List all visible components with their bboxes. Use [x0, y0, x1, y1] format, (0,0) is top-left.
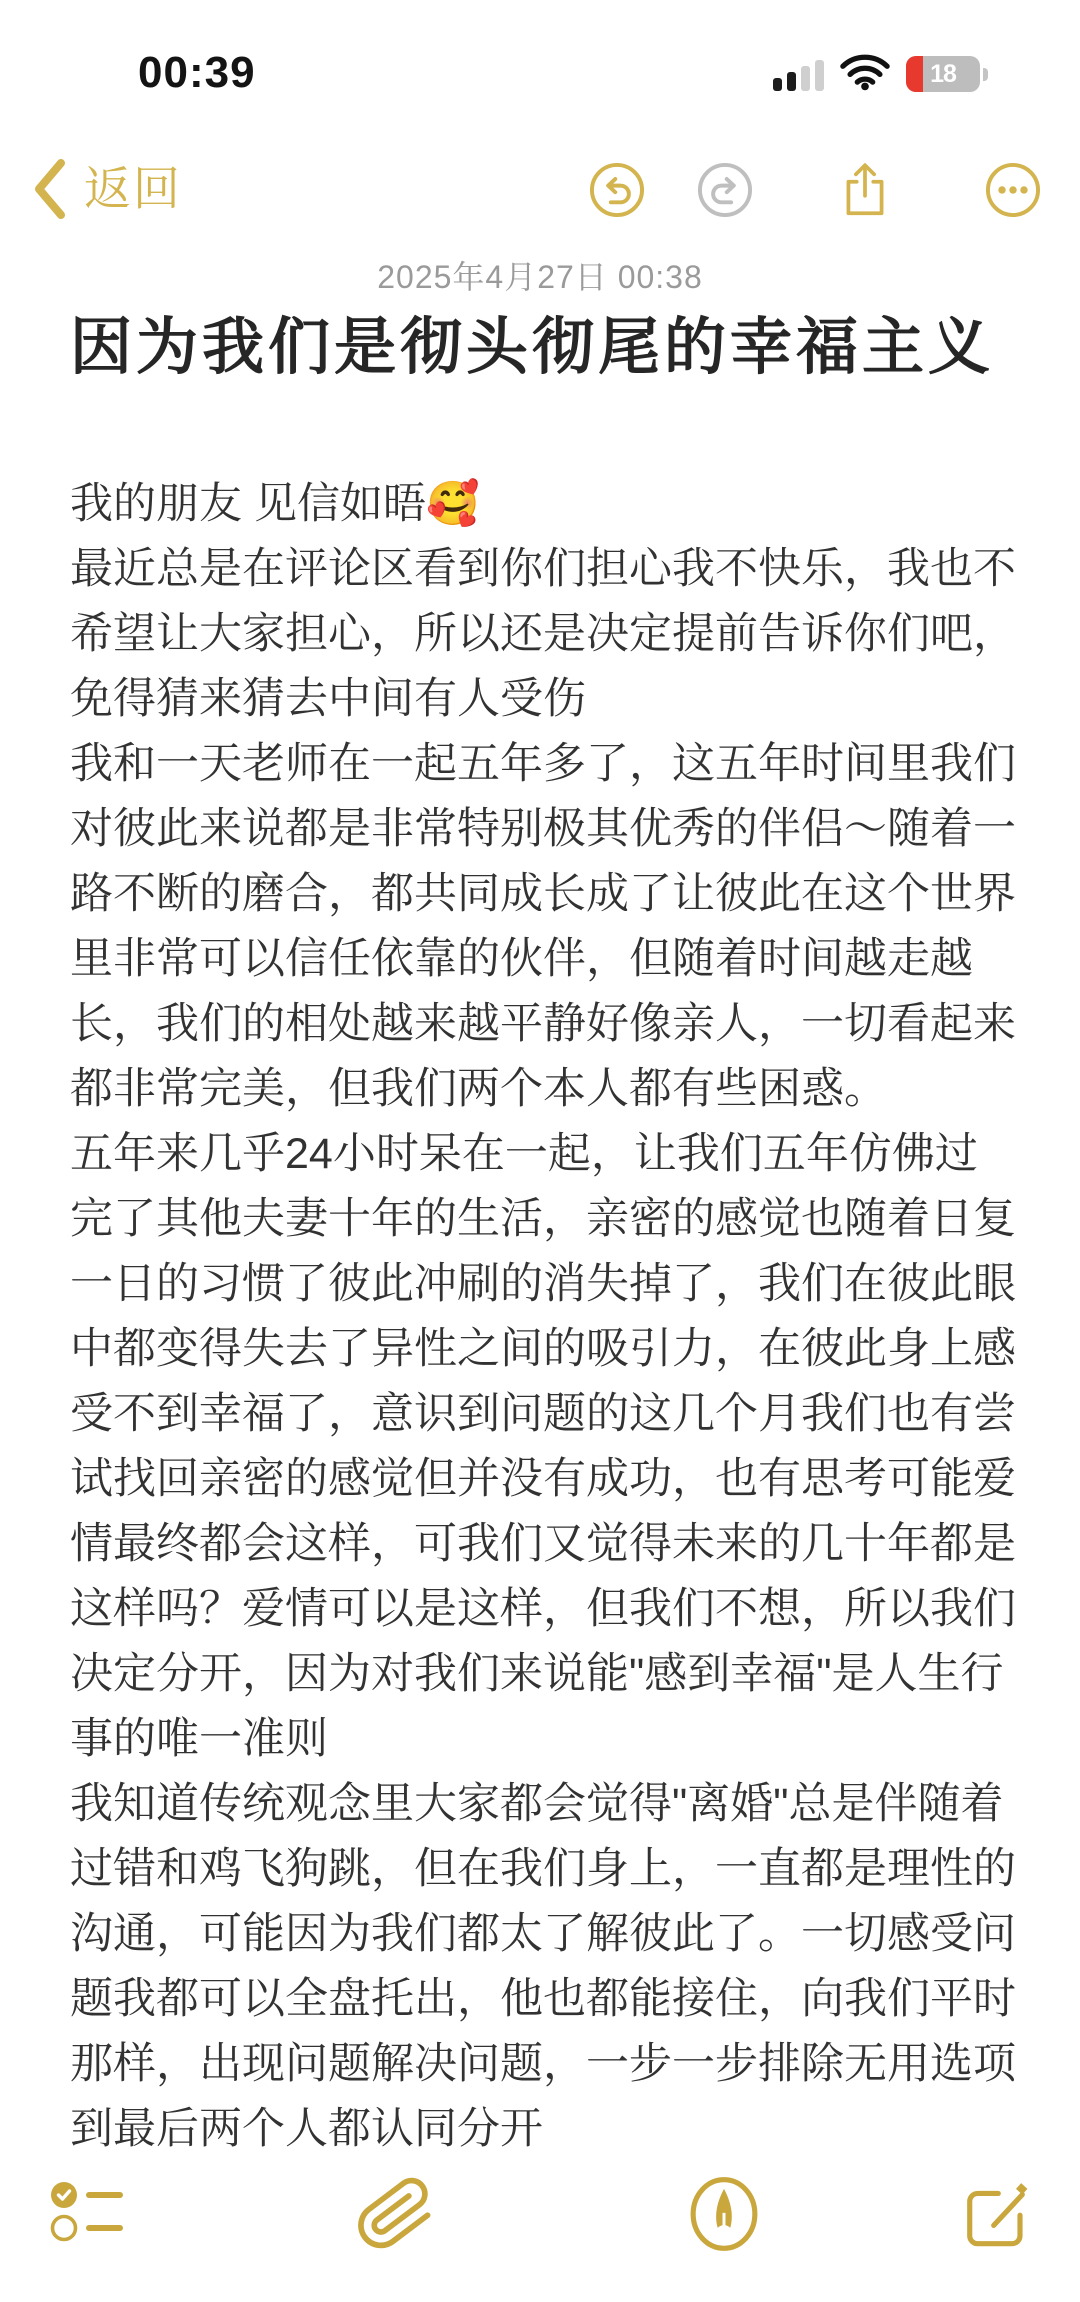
note-paragraph: 我知道传统观念里大家都会觉得"离婚"总是伴随着过错和鸡飞狗跳，但在我们身上，一直… — [70, 1772, 1016, 2162]
status-bar-right: 18 — [773, 50, 988, 98]
note-date: 2025年4月27日 00:38 — [0, 252, 1080, 298]
note-title[interactable]: 因为我们是彻头彻尾的幸福主义 — [70, 308, 1020, 388]
note-paragraph: 我的朋友 见信如晤🥰 — [70, 472, 1016, 537]
bottom-toolbar — [0, 2172, 1080, 2262]
checklist-icon — [48, 2172, 128, 2252]
battery-percent: 18 — [930, 60, 956, 89]
ellipsis-circle-icon — [984, 161, 1042, 219]
wifi-icon — [840, 53, 890, 96]
compose-button[interactable] — [956, 2174, 1036, 2254]
undo-button[interactable] — [588, 161, 646, 219]
share-button[interactable] — [836, 161, 894, 219]
more-options-button[interactable] — [984, 161, 1042, 219]
chevron-left-icon — [32, 158, 66, 220]
note-paragraph: 我和一天老师在一起五年多了，这五年时间里我们对彼此来说都是非常特别极其优秀的伴侣… — [70, 732, 1016, 1122]
battery-icon: 18 — [906, 56, 980, 92]
nav-bar: 返回 — [0, 158, 1080, 228]
paperclip-icon — [351, 2169, 441, 2259]
undo-icon — [588, 161, 646, 219]
markup-pen-icon — [684, 2174, 764, 2254]
battery-fill-red — [906, 56, 923, 92]
redo-icon — [696, 161, 754, 219]
attachment-button[interactable] — [356, 2174, 436, 2254]
cellular-signal-icon — [773, 57, 824, 91]
compose-icon — [956, 2174, 1036, 2254]
note-paragraph: 最近总是在评论区看到你们担心我不快乐，我也不希望让大家担心，所以还是决定提前告诉… — [70, 537, 1016, 732]
notes-app-screen: 00:39 18 返回 — [0, 0, 1080, 2302]
back-button-label: 返回 — [84, 158, 182, 220]
battery-nub — [983, 68, 988, 81]
share-icon — [836, 161, 894, 219]
note-body[interactable]: 我的朋友 见信如晤🥰 最近总是在评论区看到你们担心我不快乐，我也不希望让大家担心… — [70, 472, 1016, 2162]
note-paragraph: 五年来几乎24小时呆在一起，让我们五年仿佛过完了其他夫妻十年的生活，亲密的感觉也… — [70, 1122, 1016, 1772]
markup-button[interactable] — [684, 2174, 764, 2254]
status-bar-time: 00:39 — [138, 48, 256, 98]
back-button[interactable]: 返回 — [32, 158, 182, 220]
redo-button[interactable] — [696, 161, 754, 219]
checklist-button[interactable] — [48, 2172, 128, 2252]
